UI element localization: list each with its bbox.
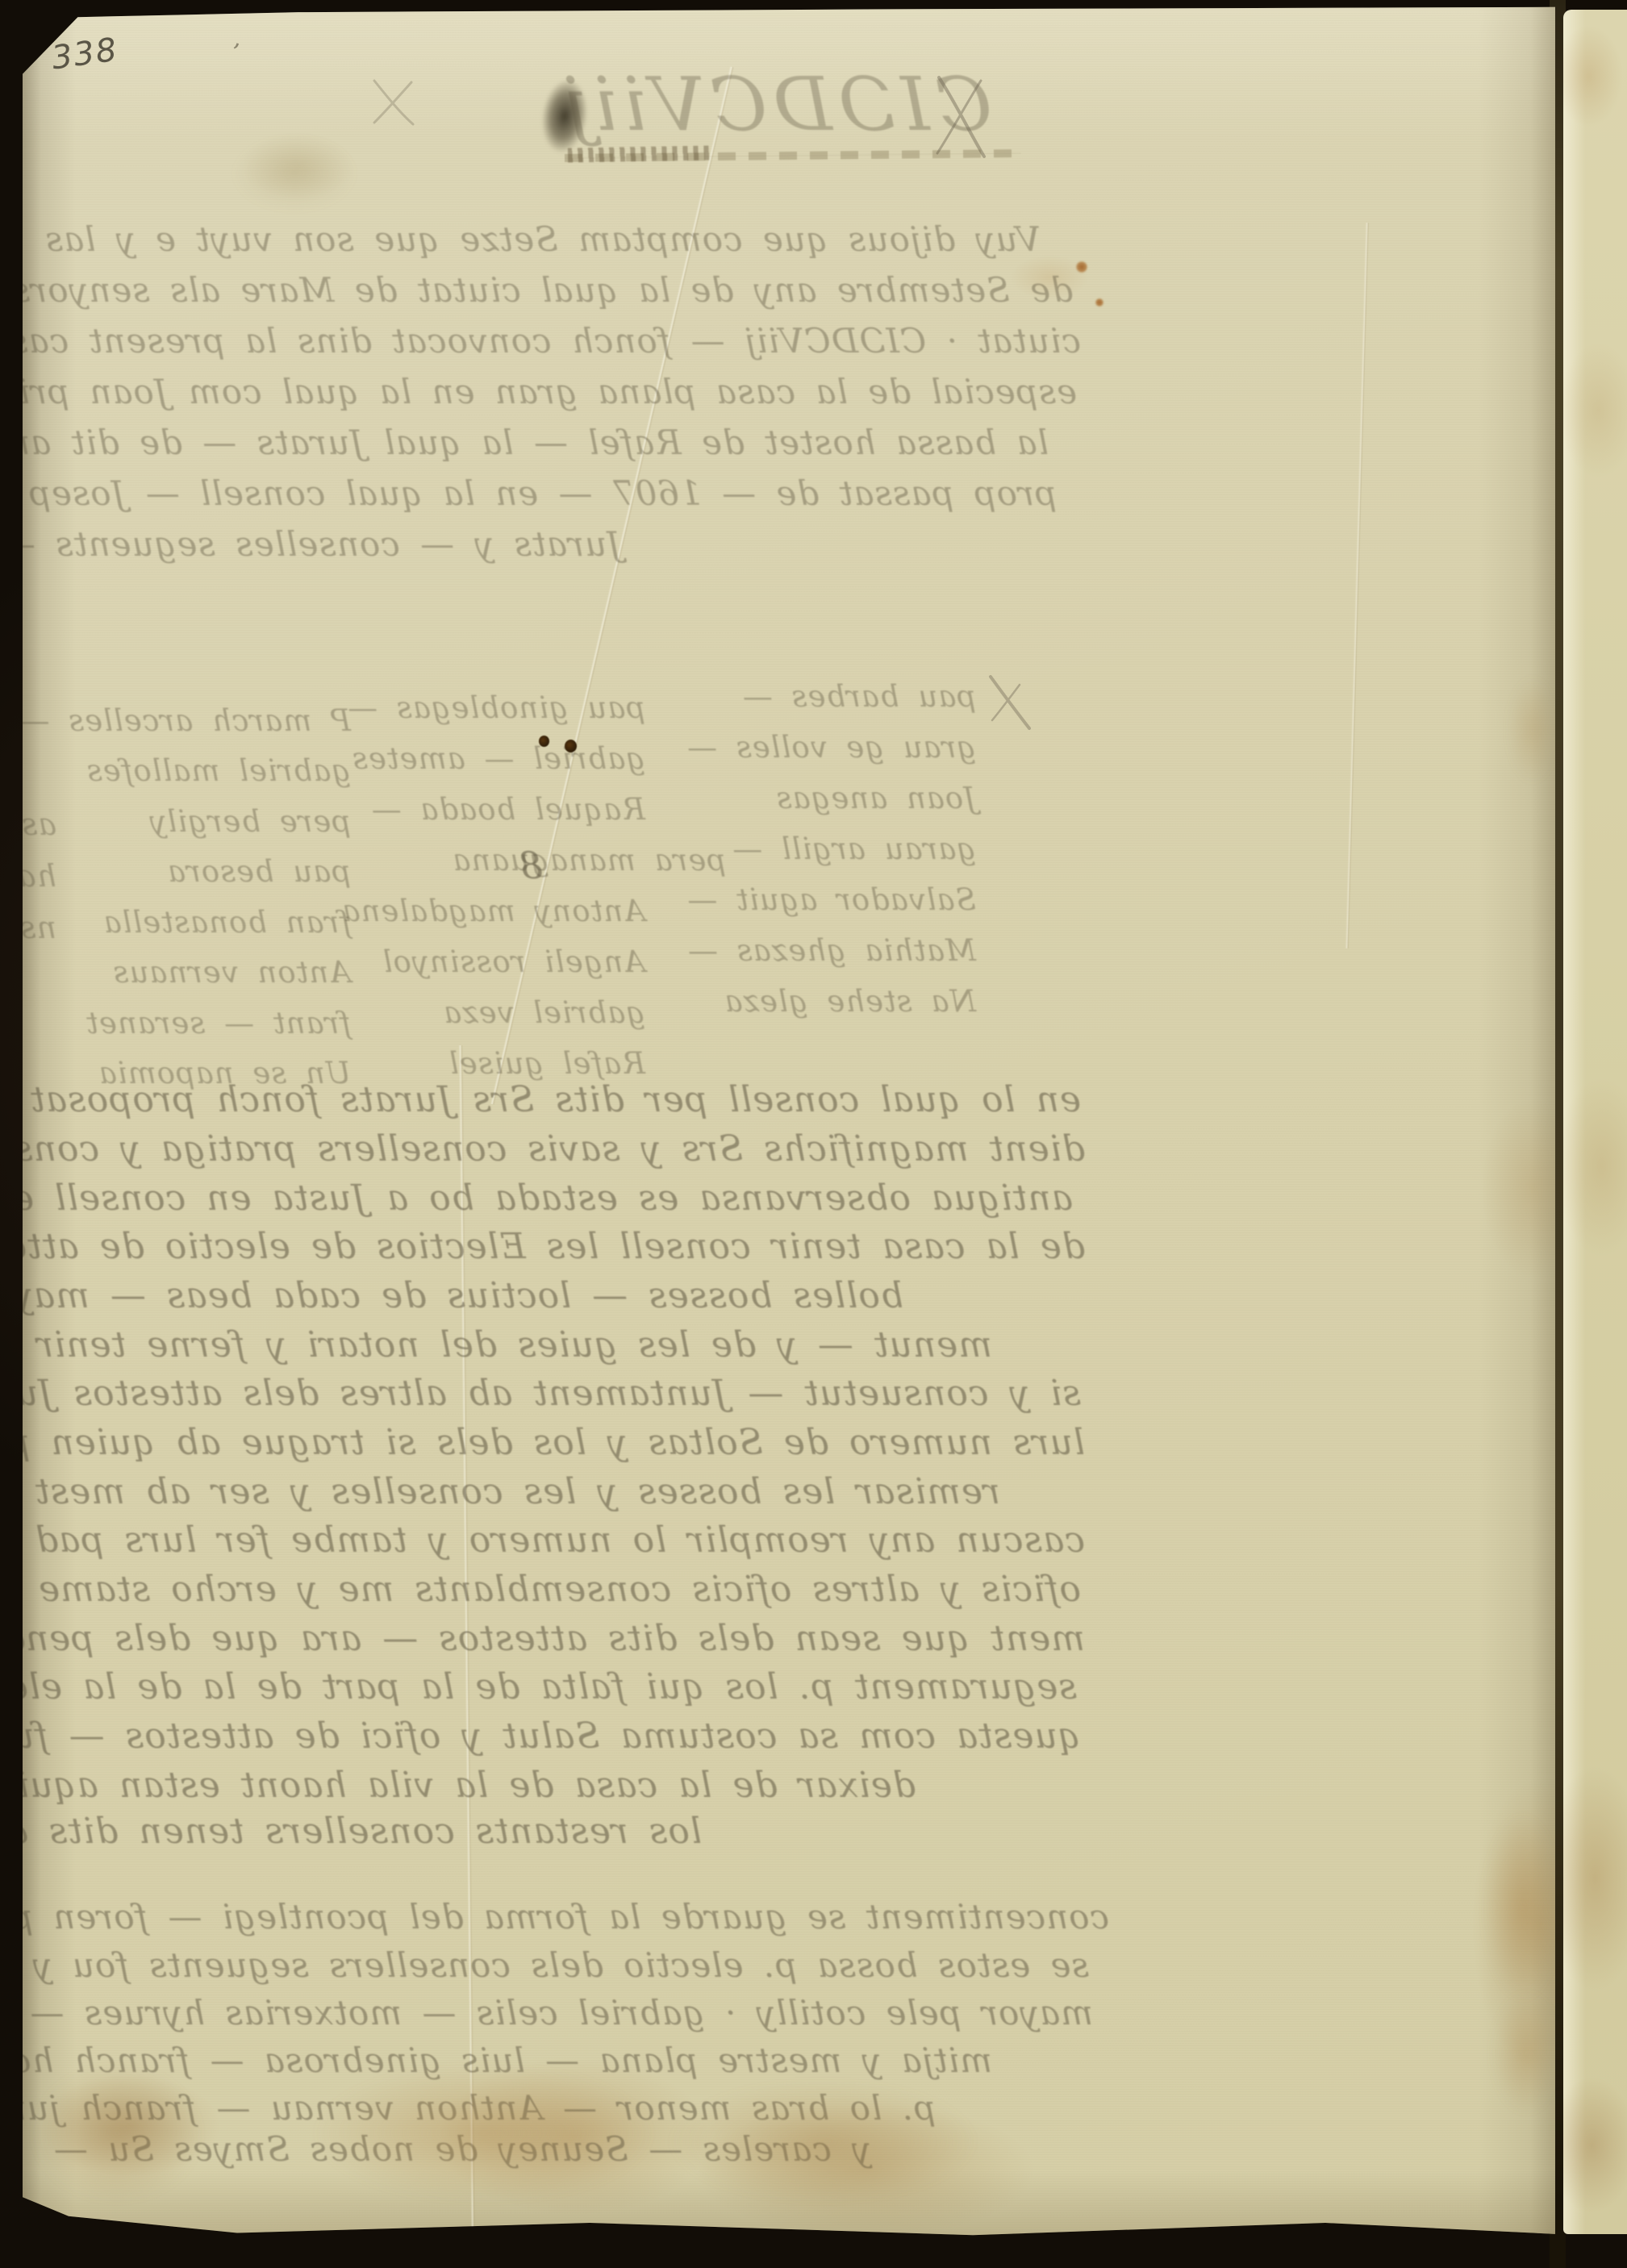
bleedthrough-name: grau ge volles —	[676, 730, 976, 765]
bleedthrough-name: Mathia ghezas —	[676, 933, 976, 968]
bleedthrough-line: deixar de la casa de la vila haont estan…	[19, 1765, 916, 1806]
bleedthrough-name: pau besora	[77, 854, 351, 889]
bleedthrough-name: Joan anegas	[676, 781, 976, 815]
bleedthrough-name: frant — seranet	[77, 1006, 351, 1040]
bleedthrough-line: se estos bossa p. electio dels conseller…	[48, 1945, 1089, 1985]
bleedthrough-name: garau argill —	[676, 832, 976, 866]
rust-speck	[1076, 261, 1087, 273]
bleedthrough-line: Vuy dijous que comptam Setze que son vuy…	[121, 219, 1041, 259]
fold-crease	[1345, 223, 1369, 948]
bleedthrough-line: oficis y altres oficis consemblants me y…	[13, 1569, 1081, 1610]
stain	[1484, 1815, 1561, 2000]
ink-dot	[539, 736, 549, 747]
bleedthrough-name: gabriel veza	[347, 995, 645, 1030]
bleedthrough-name: pau ginoblegas —	[347, 690, 645, 725]
bleedthrough-line: segurament p. los qui falta de la part d…	[16, 1666, 1077, 1707]
bleedthrough-heading: CIƆDCViij	[557, 61, 992, 148]
bleedthrough-line: la bassa hostet de Rafel — la qual Jurat…	[56, 423, 1049, 462]
bleedthrough-line: de Setembre any de la qual ciutat de Mar…	[77, 270, 1073, 310]
edge-text-fragment: ha	[8, 858, 56, 894]
bleedthrough-line: questa com sa costuma Salut y ofici de a…	[18, 1716, 1081, 1757]
pen-tick-mark: ’	[227, 38, 242, 67]
bleedthrough-line: y careles — Seuney de nobes Smyes Su —	[266, 2129, 871, 2169]
bleedthrough-name: Raquel boada —	[347, 792, 645, 827]
bleedthrough-line: cascun any reomplir lo numero y tambe fe…	[18, 1520, 1085, 1561]
bleedthrough-name: P march arcelles —	[77, 703, 351, 738]
bleedthrough-line: mayor pele cotilly · gabriel celis — mot…	[20, 1993, 1093, 2032]
bleedthrough-name: Anton vernaus	[77, 955, 351, 990]
bleedthrough-line: los restants consellers tenen dits attes…	[16, 1811, 702, 1852]
pencil-x-mark	[369, 76, 418, 129]
bleedthrough-name: pere bergily	[77, 804, 351, 839]
bleedthrough-name: Na stehe gleza	[676, 984, 976, 1019]
bleedthrough-name: fran bonastella	[77, 905, 351, 940]
bleedthrough-name: Antony magdalena	[347, 894, 645, 928]
pen-flourish-x-mark	[932, 73, 989, 161]
manuscript-photo: 338 ’ CIƆDCViij Vuy dijous que comptam S…	[0, 0, 1627, 2268]
bleedthrough-name: pau barbes —	[676, 679, 976, 714]
heading-underline-scribble	[568, 145, 713, 162]
bleedthrough-line: antigua observansa es estada bo a Justa …	[16, 1178, 1073, 1219]
bleedthrough-line: mitja y mestre plana — luis ginebrosa — …	[48, 2041, 992, 2080]
bleedthrough-line: ciutat · CIƆDCViij — fonch convocat dins…	[97, 321, 1081, 361]
ink-dot	[565, 740, 577, 753]
bleedthrough-line: prop passat de — 1607 — en la qual conse…	[69, 473, 1057, 513]
bleedthrough-name: Rafel guisel	[347, 1046, 645, 1081]
folio-number: 338	[49, 31, 120, 77]
bleedthrough-line: especial de la casa plana gran en la qua…	[60, 372, 1077, 411]
rust-speck	[1095, 298, 1103, 306]
bleedthrough-line: si y consuetut — Juntament ab altres del…	[48, 1373, 1081, 1414]
bleedthrough-line: de la casa tenir consell les Electios de…	[40, 1226, 1085, 1267]
bleedthrough-line: en lo qual consell per dits Srs Jurats f…	[44, 1079, 1081, 1120]
bleedthrough-line: dient magnifichs Srs y savis consellers …	[24, 1128, 1085, 1169]
bleedthrough-name: gabriel mallofes	[77, 753, 351, 788]
bleedthrough-line: lurs numero de Soltas y los dels si trag…	[15, 1422, 1085, 1463]
bleedthrough-line: bolles bosses — loctius de cada beas — m…	[77, 1275, 903, 1316]
bleedthrough-line: Jurats y — conselles seguents — —	[121, 524, 621, 564]
manuscript-page: 338 ’ CIƆDCViij Vuy dijous que comptam S…	[23, 5, 1555, 2237]
edge-text-fragment: as	[8, 807, 56, 842]
bleedthrough-name: Angeli rossinyol	[347, 944, 645, 979]
edge-text-fragment: ns	[8, 910, 56, 945]
bleedthrough-line: ment que sean dels dits attestos — ara q…	[48, 1618, 1085, 1659]
pen-figure-eight-mark: 8	[494, 844, 543, 887]
bleedthrough-name: Salvador aguit —	[676, 882, 976, 917]
bleedthrough-line: menut — y de les guies del notari y fern…	[16, 1324, 992, 1365]
bleedthrough-line: remisar les bosses y les conselles y ser…	[20, 1471, 1000, 1512]
stain	[1492, 1992, 1561, 2113]
bleedthrough-line: concentiment se guarde la forma del pcon…	[121, 1897, 1109, 1937]
stain	[234, 137, 355, 210]
pencil-slash-mark	[982, 673, 1034, 732]
stain	[1508, 677, 1557, 782]
bleedthrough-name: gabriel — ametes	[347, 741, 645, 776]
next-page-edge	[1563, 10, 1627, 2234]
bleedthrough-line: p. lo bras menor — Anthon vernau — franc…	[77, 2088, 936, 2128]
